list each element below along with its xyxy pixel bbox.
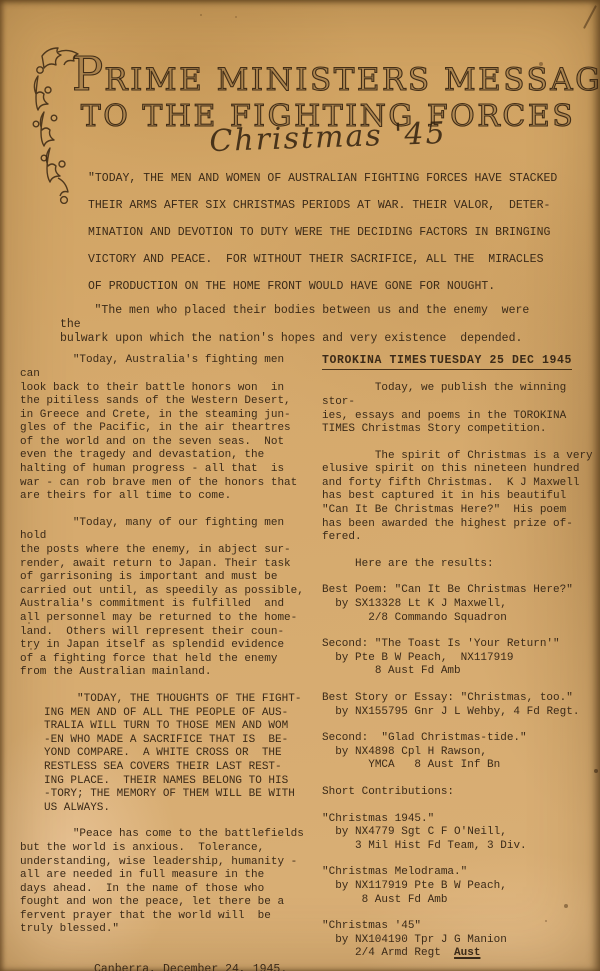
scanned-newsletter-page: PRIME MINISTERS MESSAGE TO THE FIGHTING … (0, 0, 600, 971)
right-paragraph-1: Today, we publish the winning stor- ies,… (322, 382, 600, 436)
left-column: "Today, Australia's fighting men can loo… (0, 354, 308, 971)
right-paragraph-2: The spirit of Christmas is a very elusiv… (322, 450, 600, 545)
contribution-aust-underlined: Aust (454, 947, 480, 959)
page-title-line-1: PRIME MINISTERS MESSAGE (72, 50, 584, 99)
result-best-poem: Best Poem: "Can It Be Christmas Here?" b… (322, 584, 600, 625)
contribution-christmas-45: "Christmas '45" by NX104190 Tpr J G Mani… (322, 920, 600, 961)
masthead-title-block: PRIME MINISTERS MESSAGE TO THE FIGHTING … (72, 0, 584, 155)
left-paragraph-3-caps: "TODAY, THE THOUGHTS OF THE FIGHT- ING M… (44, 693, 308, 815)
left-paragraph-1: "Today, Australia's fighting men can loo… (20, 354, 308, 504)
result-best-story: Best Story or Essay: "Christmas, too." b… (322, 692, 600, 719)
right-column: TOROKINA TIMES TUESDAY 25 DEC 1945 Today… (308, 354, 600, 971)
torokina-times-masthead: TOROKINA TIMES TUESDAY 25 DEC 1945 (322, 354, 572, 370)
pull-quote: "The men who placed their bodies between… (60, 304, 550, 346)
lead-paragraph: "TODAY, THE MEN AND WOMEN OF AUSTRALIAN … (88, 165, 558, 300)
results-heading: Here are the results: (322, 558, 600, 572)
result-second-poem: Second: "The Toast Is 'Your Return'" by … (322, 638, 600, 679)
left-paragraph-2: "Today, many of our fighting men hold th… (20, 517, 308, 680)
short-contributions-heading: Short Contributions: (322, 786, 600, 800)
masthead-date: TUESDAY 25 DEC 1945 (429, 354, 572, 367)
left-paragraph-4: "Peace has come to the battlefields but … (20, 828, 308, 937)
contribution-christmas-melodrama: "Christmas Melodrama." by NX117919 Pte B… (322, 866, 600, 907)
two-column-body: "Today, Australia's fighting men can loo… (0, 354, 600, 971)
holly-border-icon (28, 46, 94, 204)
paper-crease (583, 5, 597, 29)
signoff-canberra-date: Canberra, December 24, 1945. (94, 963, 308, 971)
result-second-story: Second: "Glad Christmas-tide." by NX4898… (322, 732, 600, 773)
paper-specks (0, 0, 2, 2)
masthead-name: TOROKINA TIMES (322, 354, 427, 367)
contribution-christmas-1945: "Christmas 1945." by NX4779 Sgt C F O'Ne… (322, 813, 600, 854)
